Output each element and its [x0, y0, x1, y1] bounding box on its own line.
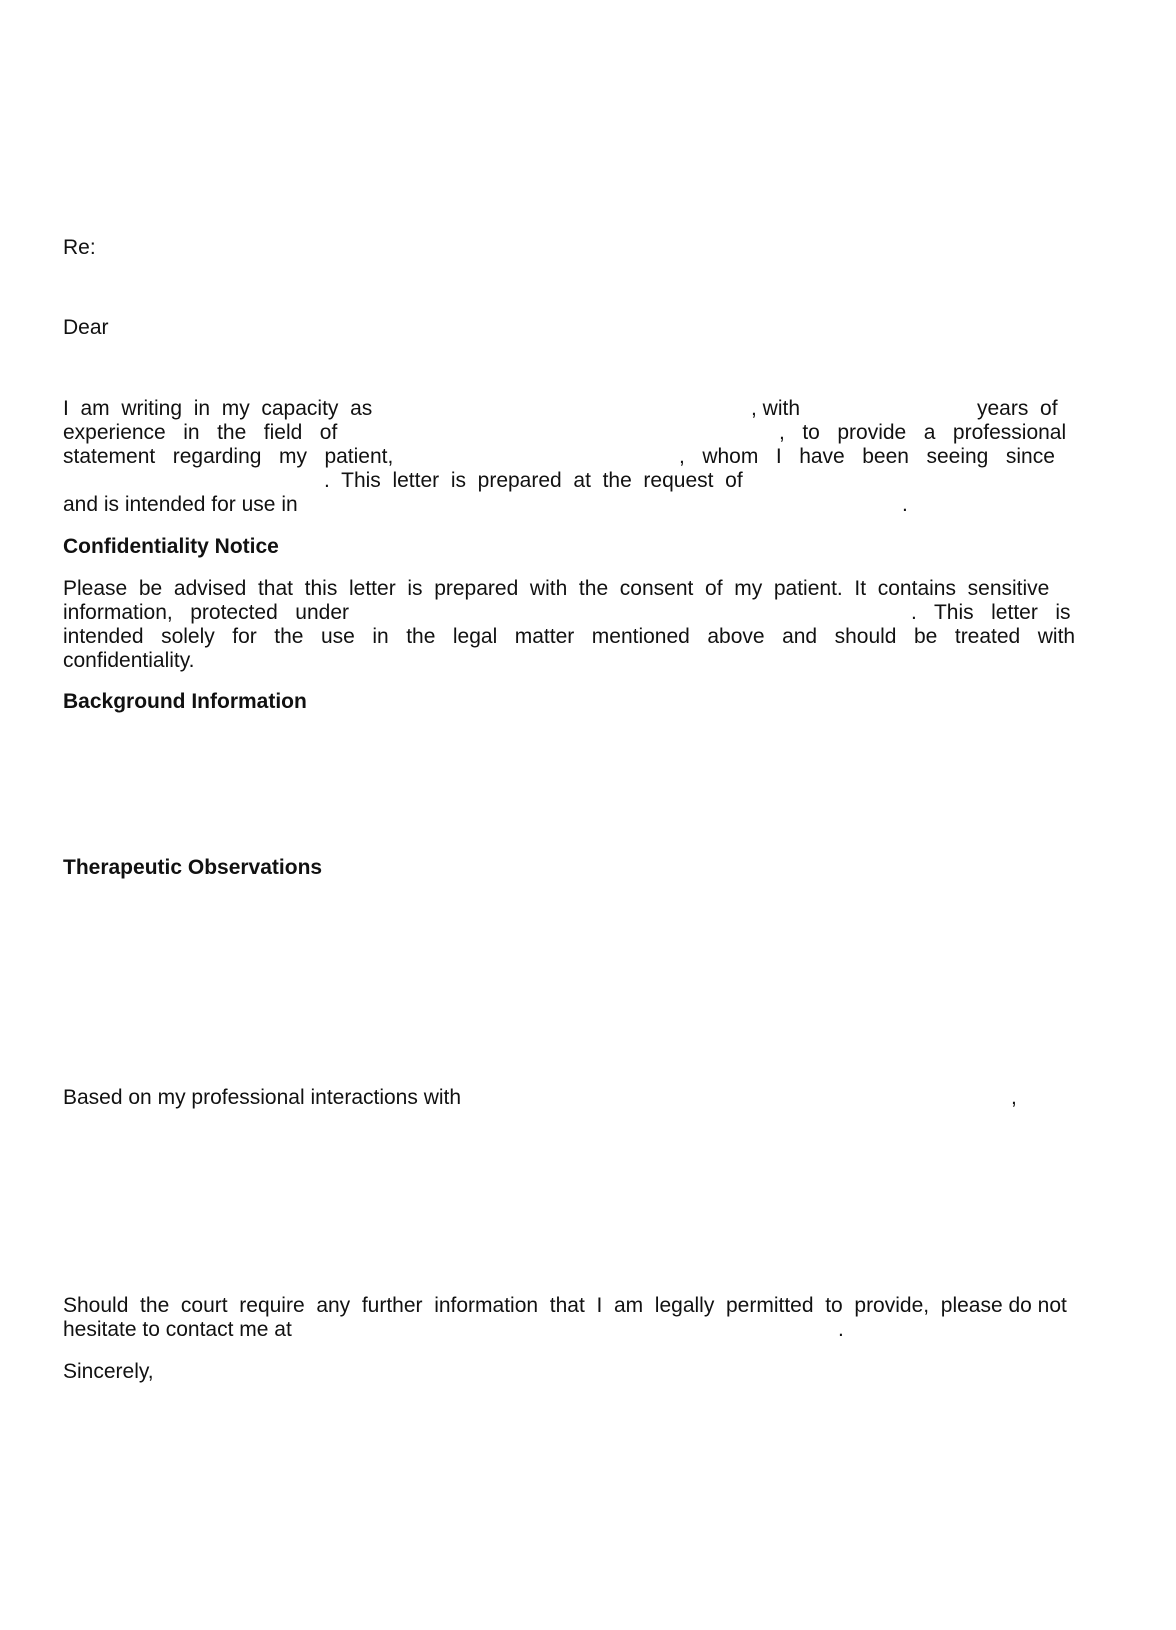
- intro-line-3b: , whom I have been seeing since: [679, 444, 1055, 469]
- confidentiality-line-2b: . This letter is: [911, 600, 1071, 625]
- intro-line-2a: experience in the field of: [63, 420, 337, 445]
- re-label: Re:: [63, 235, 96, 260]
- confidentiality-line-3: intended solely for the use in the legal…: [63, 624, 1075, 649]
- closing-line-2a: hesitate to contact me at: [63, 1317, 292, 1342]
- intro-line-1b: , with: [751, 396, 800, 421]
- assessment-line-1b: ,: [1011, 1085, 1017, 1110]
- salutation: Dear: [63, 315, 109, 340]
- signoff: Sincerely,: [63, 1359, 154, 1384]
- assessment-line-1a: Based on my professional interactions wi…: [63, 1085, 461, 1110]
- observations-heading: Therapeutic Observations: [63, 855, 322, 880]
- background-heading: Background Information: [63, 689, 307, 714]
- confidentiality-line-1: Please be advised that this letter is pr…: [63, 576, 1049, 601]
- confidentiality-line-4: confidentiality.: [63, 648, 195, 673]
- intro-line-5a: and is intended for use in: [63, 492, 298, 517]
- confidentiality-line-2a: information, protected under: [63, 600, 349, 625]
- letter-page: Re: Dear I am writing in my capacity as …: [0, 0, 1176, 1630]
- closing-line-1: Should the court require any further inf…: [63, 1293, 1067, 1318]
- confidentiality-heading: Confidentiality Notice: [63, 534, 279, 559]
- intro-line-5b: .: [902, 492, 908, 517]
- intro-line-3a: statement regarding my patient,: [63, 444, 393, 469]
- intro-line-2b: , to provide a professional: [779, 420, 1066, 445]
- closing-line-2b: .: [838, 1317, 844, 1342]
- intro-line-1a: I am writing in my capacity as: [63, 396, 372, 421]
- intro-line-1c: years of: [977, 396, 1058, 421]
- intro-line-4: . This letter is prepared at the request…: [324, 468, 743, 493]
